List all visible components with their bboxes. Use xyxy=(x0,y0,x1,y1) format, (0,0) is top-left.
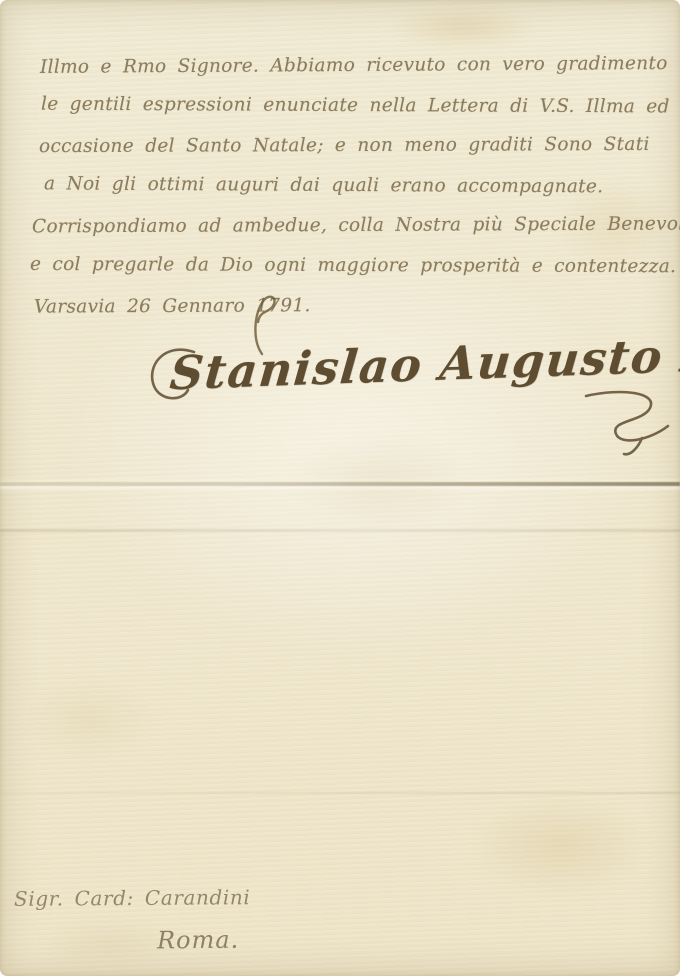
paper-stain xyxy=(24,680,154,760)
letter-body: Illmo e Rmo Signore. Abbiamo ricevuto co… xyxy=(38,46,654,326)
paper-stain xyxy=(388,6,538,48)
letter-line: Illmo e Rmo Signore. Abbiamo ricevuto co… xyxy=(40,44,654,88)
signature-tail-flourish xyxy=(580,386,675,461)
address-recipient: Sigr. Card: Carandini xyxy=(14,885,251,911)
address-city: Roma. xyxy=(157,926,239,955)
letter-line: occasione del Santo Natale; e non meno g… xyxy=(39,125,654,167)
royal-signature: Stanislao Augusto Re xyxy=(168,326,680,400)
paper-stain xyxy=(470,796,650,896)
fold-crease-faint xyxy=(0,792,680,794)
dateline: Varsavia 26 Gennaro 1791. xyxy=(34,284,654,327)
letter-line: le gentili espressioni enunciate nella L… xyxy=(41,85,654,128)
letter-line: e col pregarle da Dio ogni maggiore pros… xyxy=(30,245,654,287)
fold-crease-main xyxy=(0,482,680,486)
letter-line: Corrispondiamo ad ambedue, colla Nostra … xyxy=(32,205,654,248)
fold-crease-secondary xyxy=(0,529,680,532)
letter-scan-page: Illmo e Rmo Signore. Abbiamo ricevuto co… xyxy=(0,0,680,976)
paper-stain xyxy=(290,430,470,530)
letter-line: a Noi gli ottimi auguri dai quali erano … xyxy=(44,164,654,207)
